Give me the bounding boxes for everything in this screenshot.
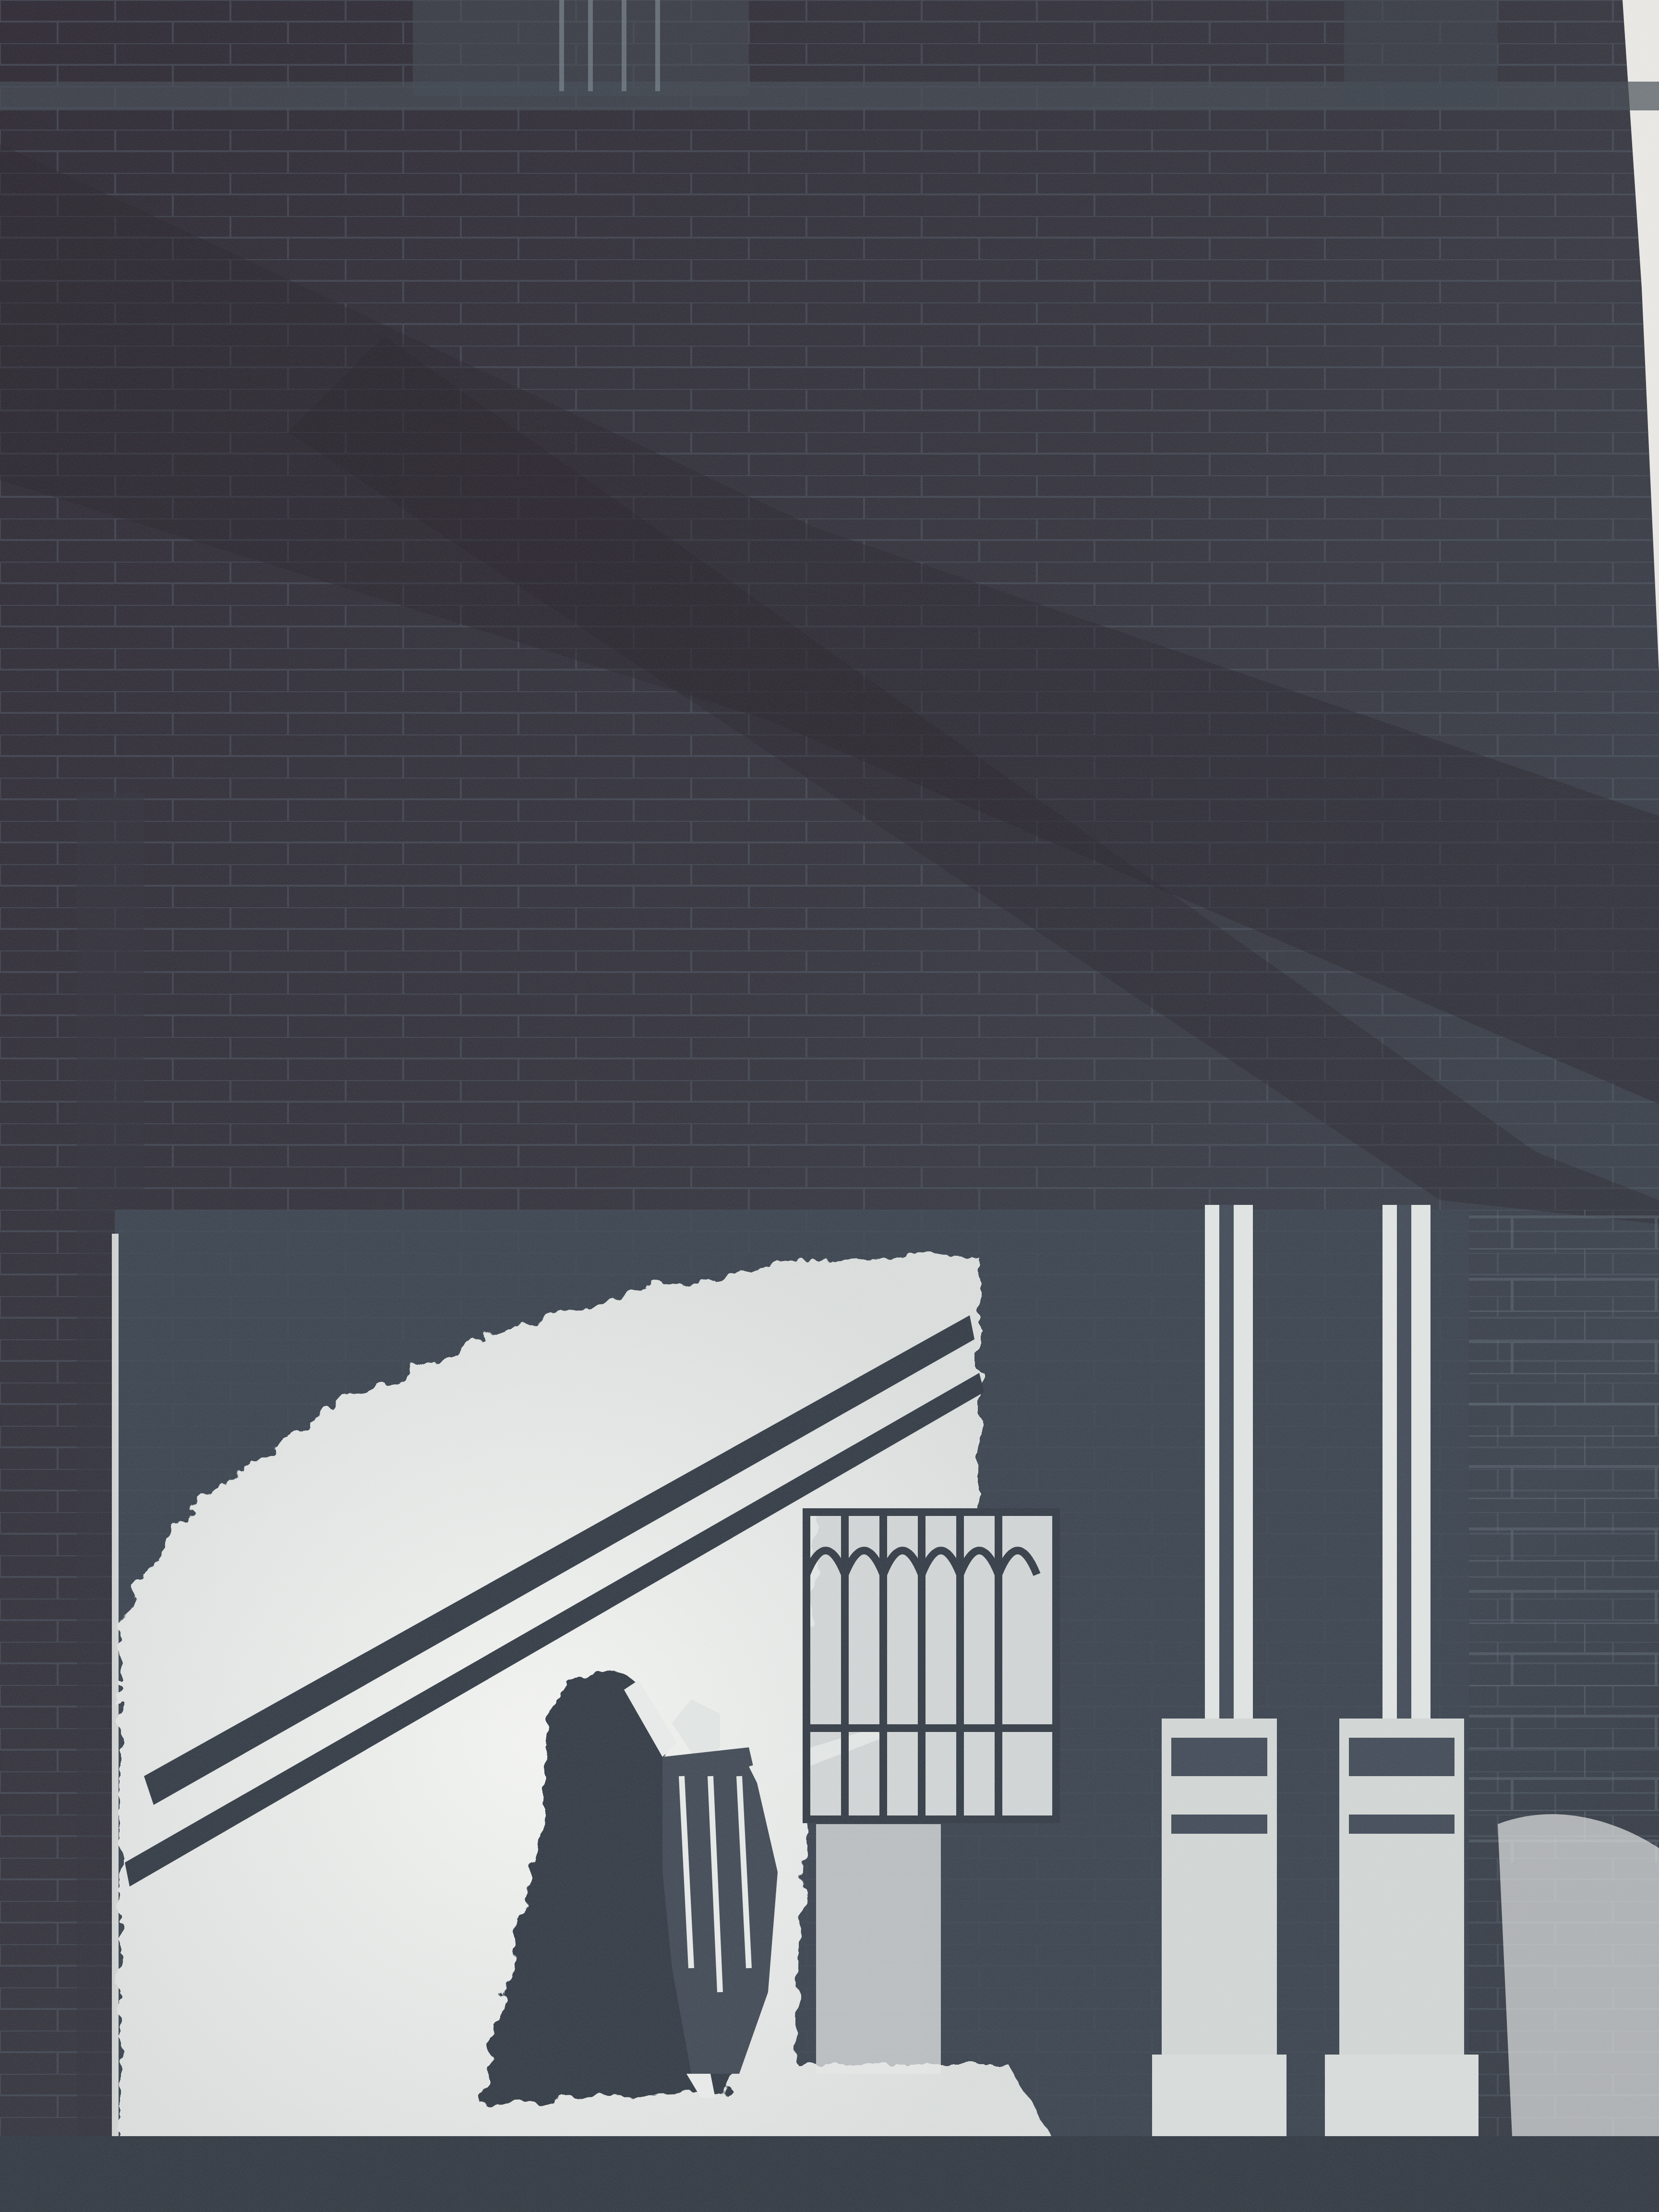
artwork-print [0, 0, 1659, 2212]
